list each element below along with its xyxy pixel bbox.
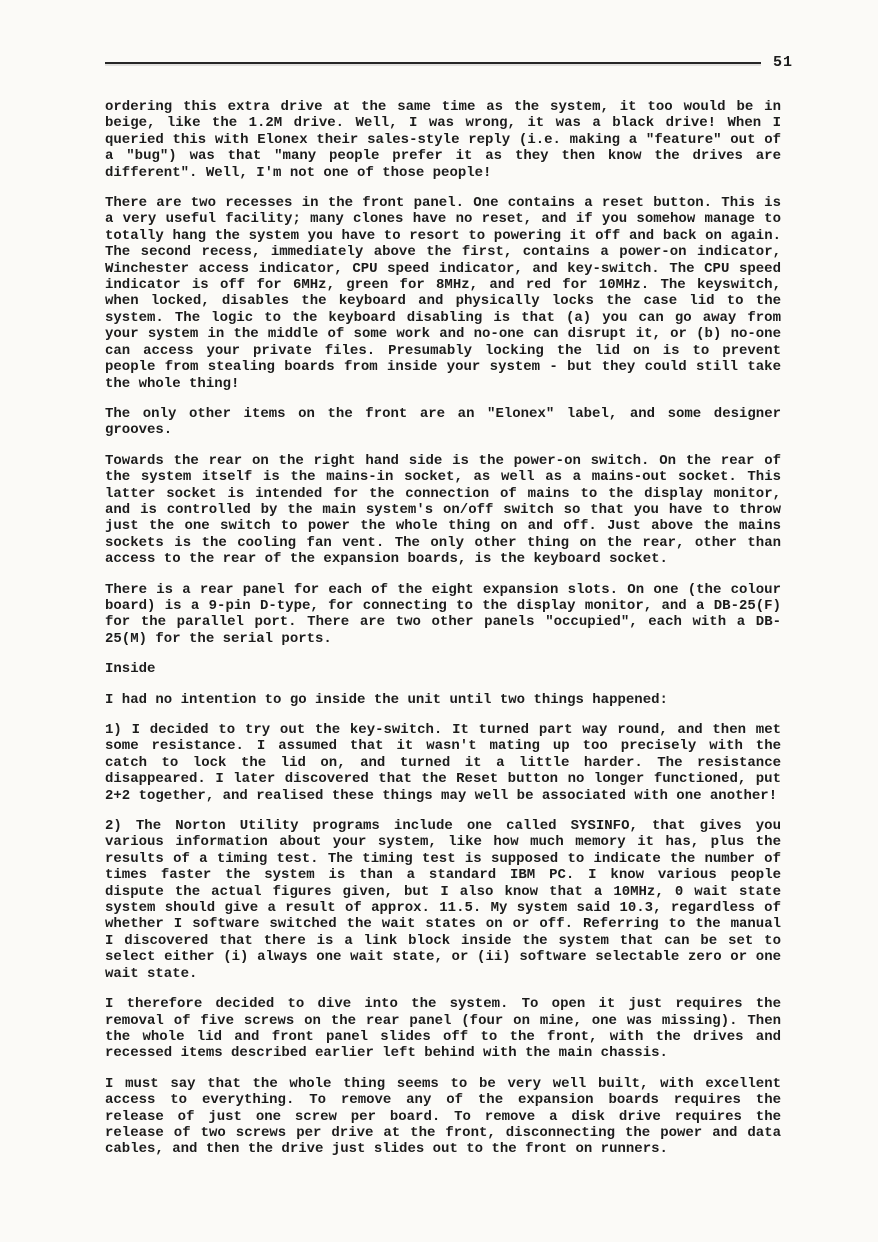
text-line: some resistance. I assumed that it wasn'…	[105, 738, 781, 754]
text-line: when locked, disables the keyboard and p…	[105, 293, 781, 309]
paragraph: ordering this extra drive at the same ti…	[105, 99, 781, 181]
text-line: ordering this extra drive at the same ti…	[105, 99, 781, 115]
paragraph: There are two recesses in the front pane…	[105, 195, 781, 392]
text-line: the whole lid and front panel slides off…	[105, 1029, 781, 1045]
text-line: The second recess, immediately above the…	[105, 244, 781, 260]
text-line: totally hang the system you have to reso…	[105, 228, 781, 244]
text-line: times faster the system is than a standa…	[105, 867, 781, 883]
text-line: 25(M) for the serial ports.	[105, 631, 781, 647]
paragraph: Towards the rear on the right hand side …	[105, 453, 781, 568]
text-line: different". Well, I'm not one of those p…	[105, 165, 781, 181]
text-line: I therefore decided to dive into the sys…	[105, 996, 781, 1012]
text-line: people from stealing boards from inside …	[105, 359, 781, 375]
paragraph: The only other items on the front are an…	[105, 406, 781, 439]
text-line: queried this with Elonex their sales-sty…	[105, 132, 781, 148]
text-line: grooves.	[105, 422, 781, 438]
text-line: recessed items described earlier left be…	[105, 1045, 781, 1061]
text-line: select either (i) always one wait state,…	[105, 949, 781, 965]
text-line: 2) The Norton Utility programs include o…	[105, 818, 781, 834]
section-heading: Inside	[105, 661, 781, 677]
text-line: I had no intention to go inside the unit…	[105, 692, 781, 708]
text-line: access to everything. To remove any of t…	[105, 1092, 781, 1108]
text-line: disappeared. I later discovered that the…	[105, 771, 781, 787]
text-line: I discovered that there is a link block …	[105, 933, 781, 949]
text-line: and is controlled by the main system's o…	[105, 502, 781, 518]
text-line: release of two screws per drive at the f…	[105, 1125, 781, 1141]
paragraph: I therefore decided to dive into the sys…	[105, 996, 781, 1062]
paragraph: I must say that the whole thing seems to…	[105, 1076, 781, 1158]
text-line: for the parallel port. There are two oth…	[105, 614, 781, 630]
text-line: just the one switch to power the whole t…	[105, 518, 781, 534]
paragraph: I had no intention to go inside the unit…	[105, 692, 781, 708]
text-line: a very useful facility; many clones have…	[105, 211, 781, 227]
text-line: your system in the middle of some work a…	[105, 326, 781, 342]
text-line: catch to lock the lid on, and turned it …	[105, 755, 781, 771]
text-line: I must say that the whole thing seems to…	[105, 1076, 781, 1092]
text-line: There are two recesses in the front pane…	[105, 195, 781, 211]
header-rule	[105, 62, 761, 64]
text-line: the system itself is the mains-in socket…	[105, 469, 781, 485]
page-number: 51	[773, 55, 793, 70]
text-line: Winchester access indicator, CPU speed i…	[105, 261, 781, 277]
text-line: access to the rear of the expansion boar…	[105, 551, 781, 567]
paragraph: There is a rear panel for each of the ei…	[105, 582, 781, 648]
text-line: sockets is the cooling fan vent. The onl…	[105, 535, 781, 551]
text-line: removal of five screws on the rear panel…	[105, 1013, 781, 1029]
text-line: wait state.	[105, 966, 781, 982]
text-line: 1) I decided to try out the key-switch. …	[105, 722, 781, 738]
text-line: the whole thing!	[105, 376, 781, 392]
document-body: ordering this extra drive at the same ti…	[105, 99, 781, 1172]
text-line: Towards the rear on the right hand side …	[105, 453, 781, 469]
text-line: latter socket is intended for the connec…	[105, 486, 781, 502]
scanned-document-page: 51 ordering this extra drive at the same…	[0, 0, 878, 1242]
text-line: The only other items on the front are an…	[105, 406, 781, 422]
text-line: board) is a 9-pin D-type, for connecting…	[105, 598, 781, 614]
text-line: a "bug") was that "many people prefer it…	[105, 148, 781, 164]
text-line: beige, like the 1.2M drive. Well, I was …	[105, 115, 781, 131]
paragraph: 2) The Norton Utility programs include o…	[105, 818, 781, 982]
paragraph: 1) I decided to try out the key-switch. …	[105, 722, 781, 804]
text-line: various information about your system, l…	[105, 834, 781, 850]
text-line: system should give a result of approx. 1…	[105, 900, 781, 916]
page-header: 51	[105, 55, 793, 70]
text-line: indicator is off for 6MHz, green for 8MH…	[105, 277, 781, 293]
text-line: There is a rear panel for each of the ei…	[105, 582, 781, 598]
text-line: dispute the actual figures given, but I …	[105, 884, 781, 900]
text-line: system. The logic to the keyboard disabl…	[105, 310, 781, 326]
text-line: can access your private files. Presumabl…	[105, 343, 781, 359]
text-line: release of just one screw per board. To …	[105, 1109, 781, 1125]
text-line: 2+2 together, and realised these things …	[105, 788, 781, 804]
text-line: Inside	[105, 661, 781, 677]
text-line: results of a timing test. The timing tes…	[105, 851, 781, 867]
text-line: cables, and then the drive just slides o…	[105, 1141, 781, 1157]
text-line: whether I software switched the wait sta…	[105, 916, 781, 932]
